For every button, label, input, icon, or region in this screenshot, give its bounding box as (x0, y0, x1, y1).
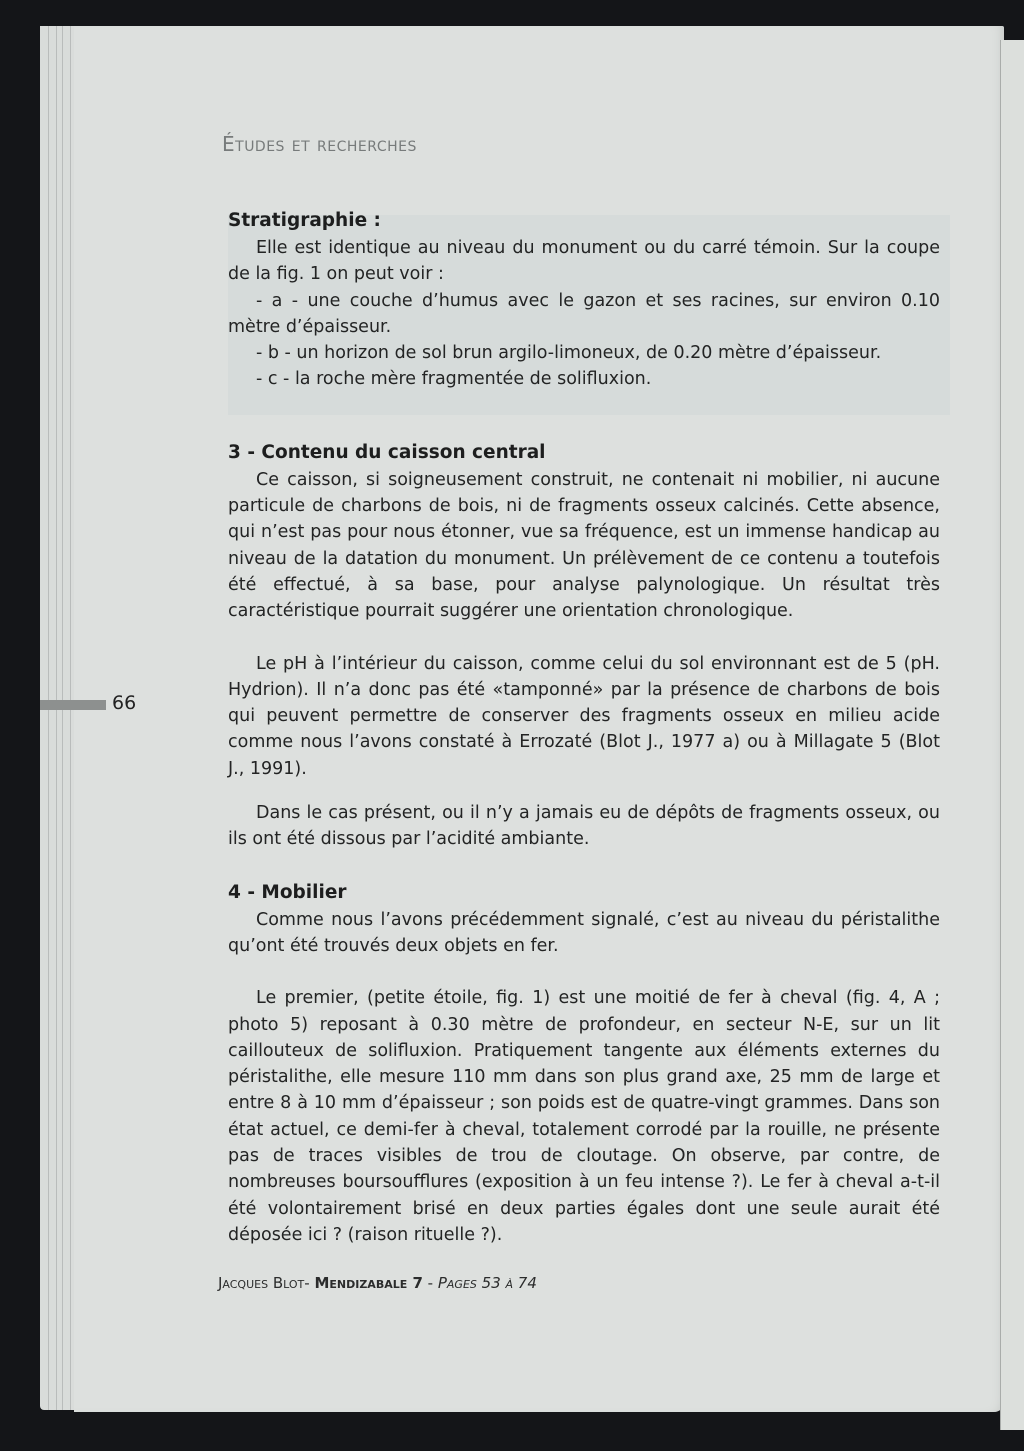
page-number: 66 (112, 692, 136, 714)
footer-journal: Mendizabale 7 (314, 1274, 422, 1292)
page-edge-line (70, 26, 71, 1410)
paragraph: Dans le cas présent, ou il n’y a jamais … (228, 800, 940, 853)
running-head: Études et recherches (222, 132, 417, 156)
footer-author: Jacques Blot- (218, 1274, 310, 1292)
paragraph: Le premier, (petite étoile, fig. 1) est … (228, 985, 940, 1248)
body-text: Stratigraphie : Elle est identique au ni… (228, 207, 940, 1248)
page-edge-line (62, 26, 63, 1410)
list-item: - c - la roche mère fragmentée de solifl… (228, 366, 940, 392)
thumb-index-mark (40, 700, 106, 710)
adjacent-page-edge (1000, 40, 1024, 1430)
section-heading-contenu: 3 - Contenu du caisson central (228, 439, 940, 467)
footer-separator: - (423, 1274, 438, 1292)
page-edge-line (48, 26, 49, 1410)
section-heading-mobilier: 4 - Mobilier (228, 879, 940, 907)
section-heading-stratigraphie: Stratigraphie : (228, 207, 940, 235)
list-item: - a - une couche d’humus avec le gazon e… (228, 288, 940, 341)
paragraph: Elle est identique au niveau du monument… (228, 235, 940, 288)
paragraph: Comme nous l’avons précédemment signalé,… (228, 907, 940, 960)
footer-pages: Pages 53 à 74 (438, 1274, 537, 1292)
page-edge-line (56, 26, 57, 1410)
page-footer: Jacques Blot- Mendizabale 7 - Pages 53 à… (218, 1274, 537, 1292)
paragraph: Le pH à l’intérieur du caisson, comme ce… (228, 651, 940, 782)
list-item: - b - un horizon de sol brun argilo-limo… (228, 340, 940, 366)
paragraph: Ce caisson, si soigneusement construit, … (228, 467, 940, 625)
